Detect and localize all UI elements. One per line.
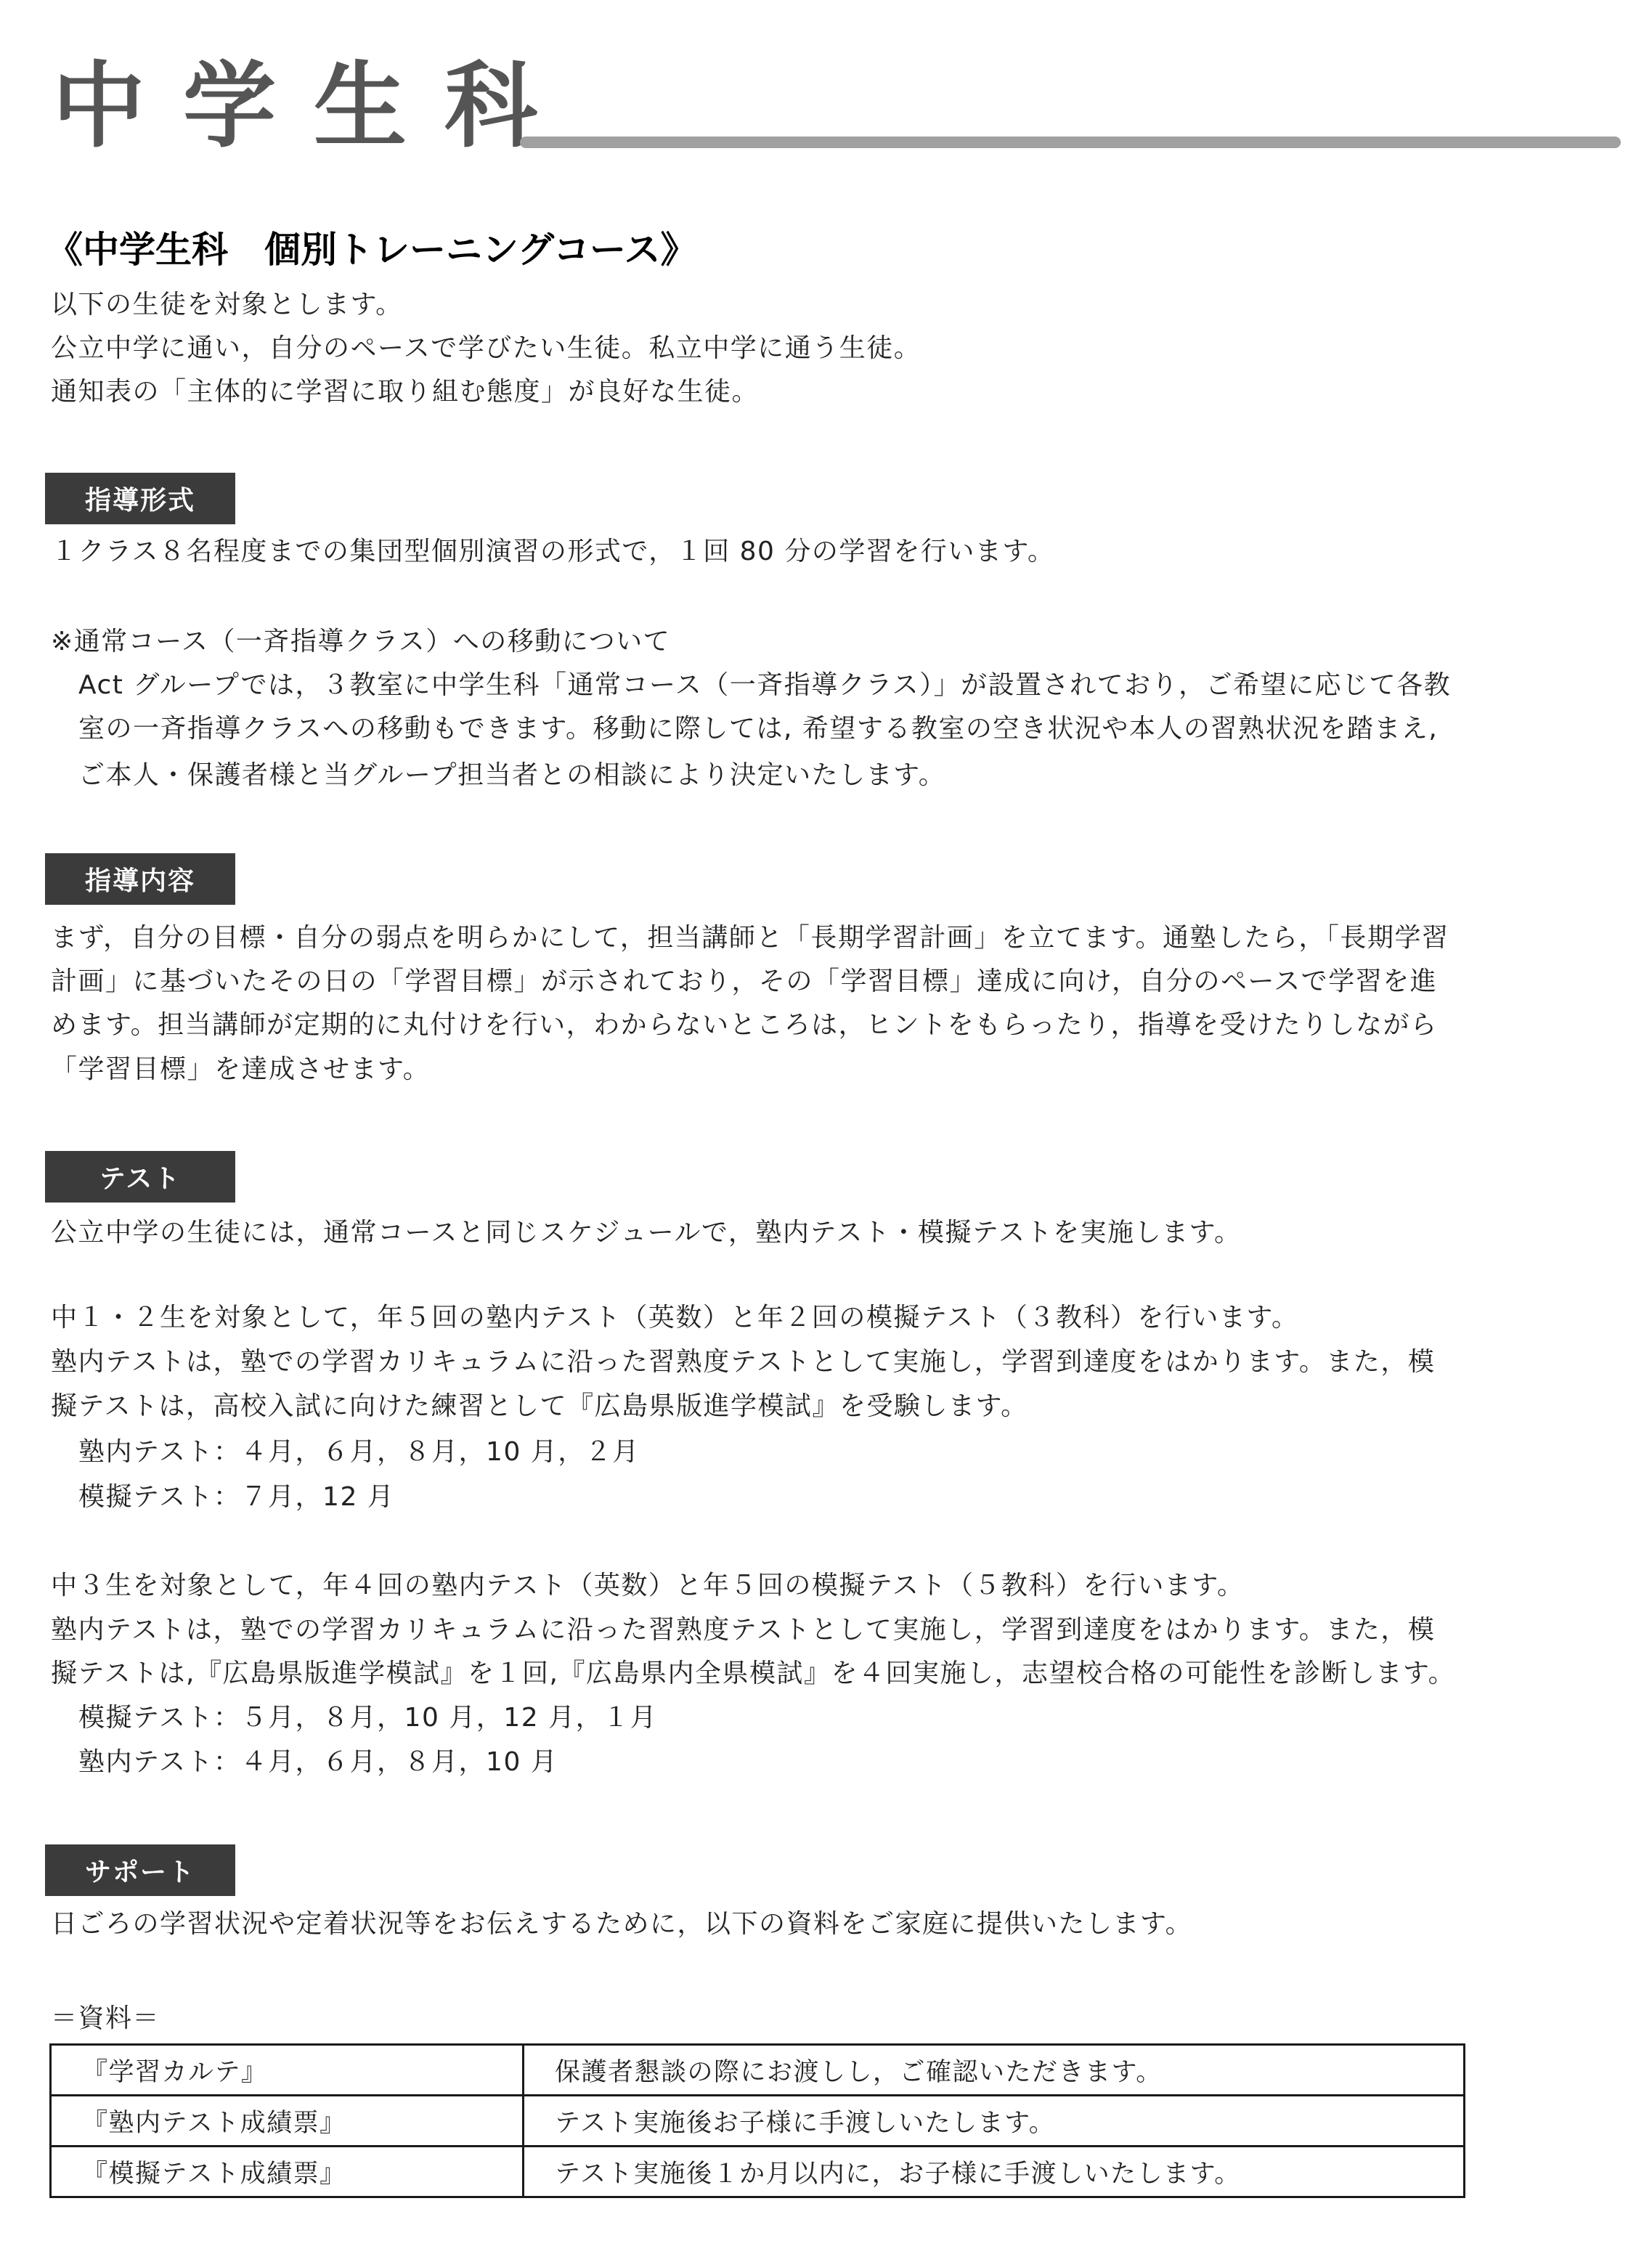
test-grade12-schedule: 模擬テスト：７月，12 月: [78, 1481, 394, 1513]
intro-line: 公立中学に通い，自分のペースで学びたい生徒。私立中学に通う生徒。: [51, 333, 921, 365]
test-grade3-schedule: 塾内テスト：４月，６月，８月，10 月: [78, 1746, 558, 1778]
content-line: 計画」に基づいたその日の「学習目標」が示されており，その「学習目標」達成に向け，…: [51, 966, 1437, 998]
test-grade12-line: 中１・２生を対象として，年５回の塾内テスト（英数）と年２回の模擬テスト（３教科）…: [51, 1302, 1299, 1334]
materials-heading: ＝資料＝: [51, 2003, 160, 2035]
test-grade3-line: 中３生を対象として，年４回の塾内テスト（英数）と年５回の模擬テスト（５教科）を行…: [51, 1570, 1245, 1602]
title-underline-bar: [520, 137, 1621, 148]
intro-line: 以下の生徒を対象とします。: [51, 289, 403, 321]
material-name: 『模擬テスト成績票』: [51, 2147, 524, 2197]
section-badge-content: 指導内容: [45, 853, 235, 905]
format-note-line: ご本人・保護者様と当グループ担当者との相談により決定いたします。: [78, 760, 945, 792]
materials-table: 『学習カルテ』 保護者懇談の際にお渡しし，ご確認いただきます。 『塾内テスト成績…: [49, 2043, 1465, 2198]
format-note-line: Act グループでは，３教室に中学生科「通常コース（一斉指導クラス）」が設置され…: [78, 670, 1451, 701]
test-grade12-schedule: 塾内テスト：４月，６月，８月，10 月，２月: [78, 1436, 640, 1468]
content-line: まず，自分の目標・自分の弱点を明らかにして，担当講師と「長期学習計画」を立てます…: [51, 922, 1449, 954]
test-grade12-line: 塾内テストは，塾での学習カリキュラムに沿った習熟度テストとして実施し，学習到達度…: [51, 1346, 1435, 1378]
material-description: 保護者懇談の際にお渡しし，ご確認いただきます。: [524, 2045, 1465, 2096]
page-title: 中学生科: [52, 52, 575, 161]
intro-line: 通知表の「主体的に学習に取り組む態度」が良好な生徒。: [51, 376, 759, 408]
table-row: 『学習カルテ』 保護者懇談の際にお渡しし，ご確認いただきます。: [51, 2045, 1465, 2096]
format-note-line: 室の一斉指導クラスへの移動もできます。移動に際しては, 希望する教室の空き状況や…: [78, 713, 1438, 745]
content-line: めます。担当講師が定期的に丸付けを行い，わからないところは，ヒントをもらったり，…: [51, 1009, 1438, 1041]
material-name: 『塾内テスト成績票』: [51, 2096, 524, 2147]
test-grade3-schedule: 模擬テスト：５月，８月，10 月，12 月，１月: [78, 1702, 657, 1734]
section-badge-support: サポート: [45, 1844, 235, 1896]
format-line: １クラス８名程度までの集団型個別演習の形式で，１回 80 分の学習を行います。: [51, 536, 1055, 568]
table-row: 『塾内テスト成績票』 テスト実施後お子様に手渡しいたします。: [51, 2096, 1465, 2147]
table-row: 『模擬テスト成績票』 テスト実施後１か月以内に，お子様に手渡しいたします。: [51, 2147, 1465, 2197]
section-badge-format: 指導形式: [45, 473, 235, 524]
test-intro: 公立中学の生徒には，通常コースと同じスケジュールで，塾内テスト・模擬テストを実施…: [51, 1217, 1242, 1249]
test-grade3-line: 塾内テストは，塾での学習カリキュラムに沿った習熟度テストとして実施し，学習到達度…: [51, 1614, 1435, 1646]
material-description: テスト実施後１か月以内に，お子様に手渡しいたします。: [524, 2147, 1465, 2197]
test-grade3-line: 擬テストは,『広島県版進学模試』を１回,『広島県内全県模試』を４回実施し，志望校…: [51, 1658, 1455, 1690]
material-description: テスト実施後お子様に手渡しいたします。: [524, 2096, 1465, 2147]
test-grade12-line: 擬テストは，高校入試に向けた練習として『広島県版進学模試』を受験します。: [51, 1391, 1028, 1423]
material-name: 『学習カルテ』: [51, 2045, 524, 2096]
support-intro: 日ごろの学習状況や定着状況等をお伝えするために，以下の資料をご家庭に提供いたしま…: [51, 1908, 1192, 1940]
content-line: 「学習目標」を達成させます。: [51, 1054, 430, 1086]
section-badge-test: テスト: [45, 1151, 235, 1203]
course-title: 《中学生科 個別トレーニングコース》: [46, 227, 697, 273]
format-note-title: ※通常コース（一斉指導クラス）への移動について: [51, 626, 670, 658]
